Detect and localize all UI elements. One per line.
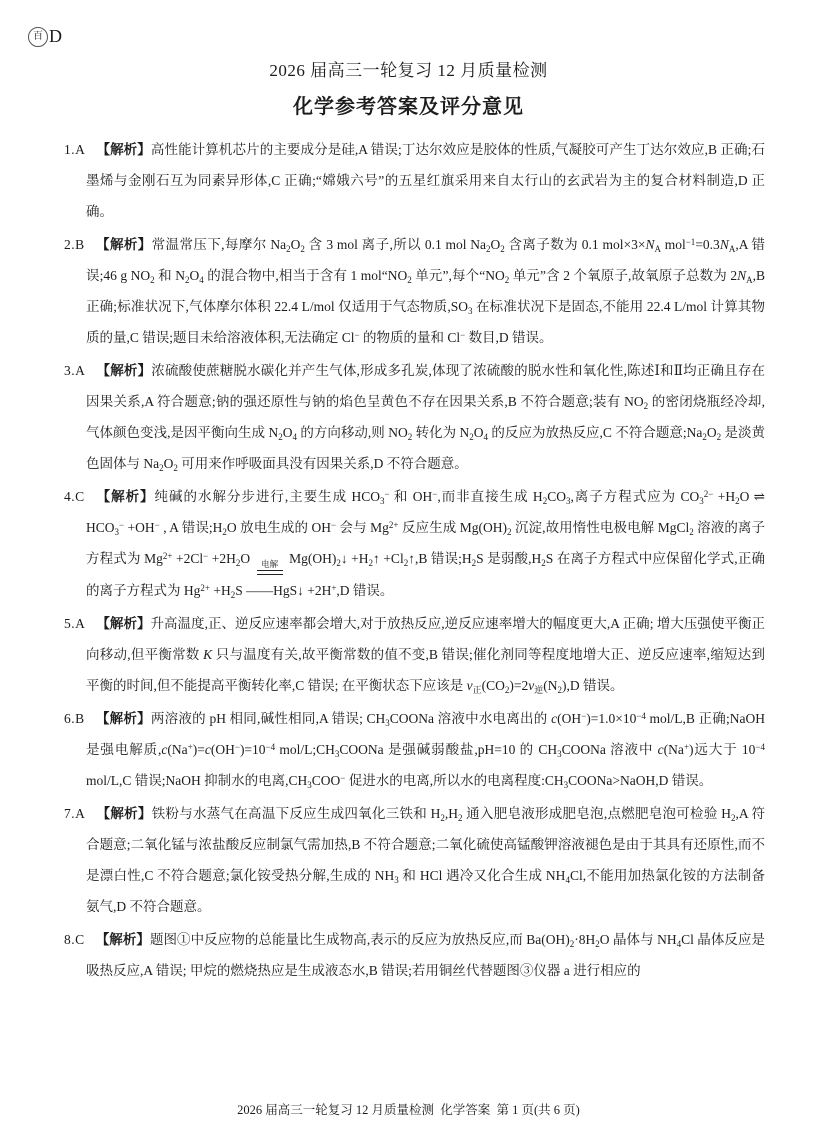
exam-title: 2026 届高三一轮复习 12 月质量检测 xyxy=(0,56,817,81)
answer-item: 2.B【解析】常温常压下,每摩尔 Na2O2 含 3 mol 离子,所以 0.1… xyxy=(64,229,765,353)
document-page: 百D 2026 届高三一轮复习 12 月质量检测 化学参考答案及评分意见 1.A… xyxy=(0,0,817,1146)
item-analysis-text: 铁粉与水蒸气在高温下反应生成四氧化三铁和 H2,H2 通入肥皂液形成肥皂泡,点燃… xyxy=(86,806,765,914)
page-footer: 2026 届高三一轮复习 12 月质量检测 化学答案 第 1 页(共 6 页) xyxy=(0,1100,817,1118)
item-number-answer: 7.A xyxy=(64,806,85,821)
answer-item: 6.B【解析】两溶液的 pH 相同,碱性相同,A 错误; CH3COONa 溶液… xyxy=(64,703,765,796)
item-number-answer: 8.C xyxy=(64,932,85,947)
logo-suffix: D xyxy=(49,26,62,46)
analysis-label: 【解析】 xyxy=(96,489,155,504)
analysis-label: 【解析】 xyxy=(96,932,150,947)
analysis-label: 【解析】 xyxy=(96,711,151,726)
logo-circle-char: 百 xyxy=(28,27,48,47)
item-number-answer: 6.B xyxy=(64,711,85,726)
item-analysis-text: 高性能计算机芯片的主要成分是硅,A 错误;丁达尔效应是胶体的性质,气凝胶可产生丁… xyxy=(86,142,765,219)
electrolysis-condition-label: 电解 xyxy=(257,560,283,575)
item-number-answer: 4.C xyxy=(64,489,85,504)
item-analysis-text: 题图①中反应物的总能量比生成物高,表示的反应为放热反应,而 Ba(OH)2·8H… xyxy=(86,932,765,978)
analysis-label: 【解析】 xyxy=(96,363,151,378)
item-number-answer: 3.A xyxy=(64,363,85,378)
item-number-answer: 1.A xyxy=(64,142,85,157)
answer-item: 8.C【解析】题图①中反应物的总能量比生成物高,表示的反应为放热反应,而 Ba(… xyxy=(64,924,765,986)
answer-item: 4.C【解析】纯碱的水解分步进行,主要生成 HCO3− 和 OH−,而非直接生成… xyxy=(64,481,765,606)
item-number-answer: 5.A xyxy=(64,616,85,631)
page-header: 2026 届高三一轮复习 12 月质量检测 化学参考答案及评分意见 xyxy=(0,0,817,119)
item-analysis-text: 两溶液的 pH 相同,碱性相同,A 错误; CH3COONa 溶液中水电离出的 … xyxy=(86,711,765,788)
item-analysis-text: 浓硫酸使蔗糖脱水碳化并产生气体,形成多孔炭,体现了浓硫酸的脱水性和氧化性,陈述Ⅰ… xyxy=(86,363,765,471)
answer-list: 1.A【解析】高性能计算机芯片的主要成分是硅,A 错误;丁达尔效应是胶体的性质,… xyxy=(64,134,765,986)
analysis-label: 【解析】 xyxy=(96,616,150,631)
answer-item: 1.A【解析】高性能计算机芯片的主要成分是硅,A 错误;丁达尔效应是胶体的性质,… xyxy=(64,134,765,227)
item-analysis-text: 升高温度,正、逆反应速率都会增大,对于放热反应,逆反应速率增大的幅度更大,A 正… xyxy=(86,616,765,693)
answer-item: 3.A【解析】浓硫酸使蔗糖脱水碳化并产生气体,形成多孔炭,体现了浓硫酸的脱水性和… xyxy=(64,355,765,479)
brand-logo: 百D xyxy=(28,26,62,47)
answer-key-subtitle: 化学参考答案及评分意见 xyxy=(0,90,817,119)
item-number-answer: 2.B xyxy=(64,237,85,252)
item-analysis-text: 常温常压下,每摩尔 Na2O2 含 3 mol 离子,所以 0.1 mol Na… xyxy=(86,237,765,345)
answer-item: 5.A【解析】升高温度,正、逆反应速率都会增大,对于放热反应,逆反应速率增大的幅… xyxy=(64,608,765,701)
analysis-label: 【解析】 xyxy=(96,806,151,821)
analysis-label: 【解析】 xyxy=(96,142,151,157)
item-analysis-text: 纯碱的水解分步进行,主要生成 HCO3− 和 OH−,而非直接生成 H2CO3,… xyxy=(86,489,765,598)
answer-item: 7.A【解析】铁粉与水蒸气在高温下反应生成四氧化三铁和 H2,H2 通入肥皂液形… xyxy=(64,798,765,922)
analysis-label: 【解析】 xyxy=(96,237,152,252)
